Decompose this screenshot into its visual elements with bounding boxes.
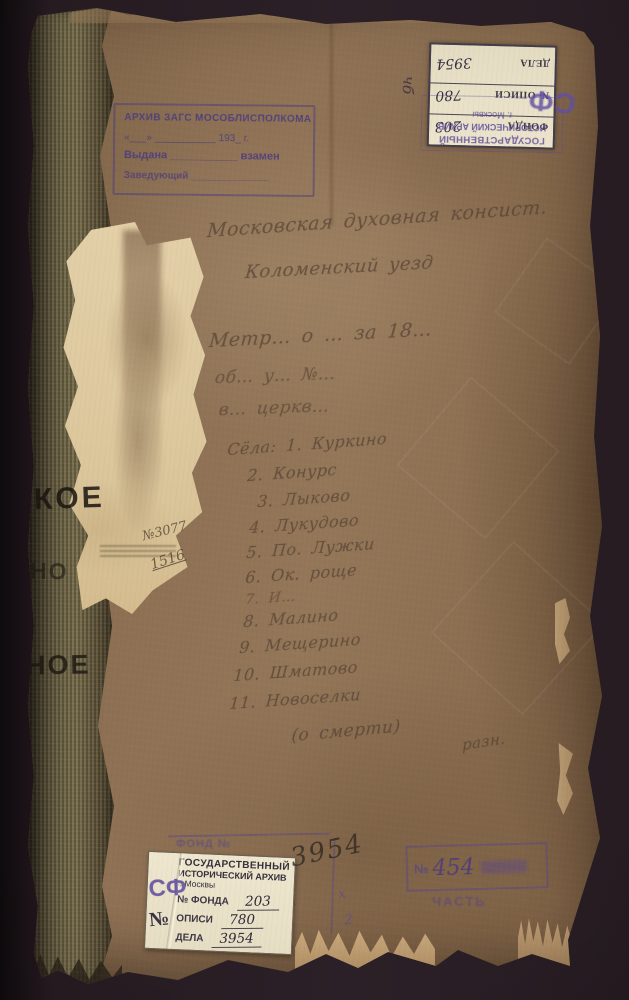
bottom-right-torn-fray bbox=[518, 914, 582, 966]
number-sign: № bbox=[414, 861, 429, 876]
handwritten-subtitle: Коломенский уезд bbox=[244, 252, 434, 283]
purple-handwritten-mark: 2 bbox=[343, 912, 354, 929]
delo-value: 3954 bbox=[211, 931, 262, 948]
handwritten-line: об… у… №… bbox=[214, 364, 337, 388]
label-row-opis: ОПИСИ 780 bbox=[176, 909, 287, 931]
handwritten-title: Московская духовная консист. bbox=[206, 196, 548, 242]
village-list-item: 11. Новоселки bbox=[229, 685, 362, 713]
village-list-item: 6. Ок. роще bbox=[245, 560, 358, 587]
village-list-item: 5. По. Лужки bbox=[246, 534, 376, 562]
spine-lettering: НОЕ bbox=[26, 649, 91, 681]
village-list-item: 7. И… bbox=[245, 588, 297, 608]
zags-stamp-manager-line: Заведующий ______________ bbox=[124, 170, 304, 183]
opis-label: ОПИСИ bbox=[176, 913, 213, 926]
label-row-fond: № ФОНДА 203 bbox=[177, 890, 288, 912]
label-row-delo: ДЕЛА 3954 bbox=[430, 51, 555, 85]
archive-name-line1: ГОСУДАРСТВЕННЫЙ bbox=[422, 133, 562, 146]
delo-label: ДЕЛА bbox=[175, 932, 204, 944]
sf-stamp: СФ bbox=[148, 874, 187, 904]
sf-stamp-upside-down: СФ bbox=[527, 82, 577, 119]
delo-label: ДЕЛА bbox=[520, 57, 550, 69]
zags-archive-stamp: АРХИВ ЗАГС МОСОБЛИСПОЛКОМА «___» _______… bbox=[113, 103, 316, 197]
bottom-torn-fray bbox=[295, 926, 435, 974]
death-note: (о смерти) bbox=[291, 716, 401, 746]
number-sign: № bbox=[148, 907, 170, 932]
zags-stamp-title: АРХИВ ЗАГС МОСОБЛИСПОЛКОМА bbox=[124, 112, 304, 125]
archive-label-bottom: ГОСУДАРСТВЕННЫЙ ИСТОРИЧЕСКИЙ АРХИВ г. Мо… bbox=[144, 851, 296, 955]
village-list-item: 3. Лыково bbox=[257, 485, 351, 511]
village-list-item: 8. Малино bbox=[243, 605, 340, 631]
digitization-watermark bbox=[430, 540, 605, 715]
corner-note: разн. bbox=[462, 729, 506, 754]
pages-stamp-value: 454 bbox=[432, 855, 475, 881]
torn-edge-chip bbox=[557, 743, 573, 815]
ink-smudge bbox=[480, 859, 526, 873]
archival-book-photo: АРХИВ ЗАГС МОСОБЛИСПОЛКОМА «___» _______… bbox=[0, 0, 629, 1000]
opis-value: 780 bbox=[221, 912, 263, 929]
archive-name-line2: ИСТОРИЧЕСКИЙ АРХИВ bbox=[422, 121, 562, 133]
village-list-item: 9. Мещерино bbox=[239, 629, 362, 657]
digitization-watermark bbox=[396, 376, 559, 539]
spine-lettering: НО bbox=[30, 558, 69, 586]
handwritten-line: Метр… о … за 18… bbox=[208, 318, 433, 352]
spine-lettering: КОЕ bbox=[33, 481, 105, 517]
delo-value: 3954 bbox=[436, 54, 472, 72]
cover-crease bbox=[330, 16, 333, 226]
digitization-watermark bbox=[494, 237, 622, 365]
zags-stamp-date-line: «___» ___________ 193_ г. bbox=[124, 132, 304, 145]
village-list-item: 10. Шматово bbox=[233, 657, 359, 685]
fond-value: 203 bbox=[237, 893, 279, 910]
patch-stain bbox=[123, 230, 161, 497]
fond-stamp-frame-line bbox=[168, 833, 330, 838]
village-list-item: 2. Конурс bbox=[247, 460, 338, 485]
village-list-item: 4. Лукудово bbox=[249, 510, 360, 537]
fond-stamp-text: ФОНД № bbox=[176, 838, 231, 850]
torn-paper-patch bbox=[62, 222, 208, 614]
handwritten-line: в… церкв… bbox=[218, 396, 331, 420]
label-row-delo: ДЕЛА 3954 bbox=[175, 928, 286, 950]
cover-top-torn-edge bbox=[70, 6, 570, 23]
handwritten-delo-number: 3954 bbox=[288, 829, 367, 874]
zags-stamp-issued-line: Выдана ___________ взамен bbox=[124, 149, 304, 163]
pages-count-stamp: № 454 bbox=[405, 842, 548, 892]
book-cover: АРХИВ ЗАГС МОСОБЛИСПОЛКОМА «___» _______… bbox=[26, 6, 604, 988]
purple-handwritten-mark: х bbox=[337, 885, 348, 902]
pages-stamp-word: ЧАСТЬ bbox=[432, 894, 487, 909]
village-list-item: Сёла: 1. Куркино bbox=[227, 429, 388, 459]
handwritten-mark: чб bbox=[398, 75, 418, 95]
